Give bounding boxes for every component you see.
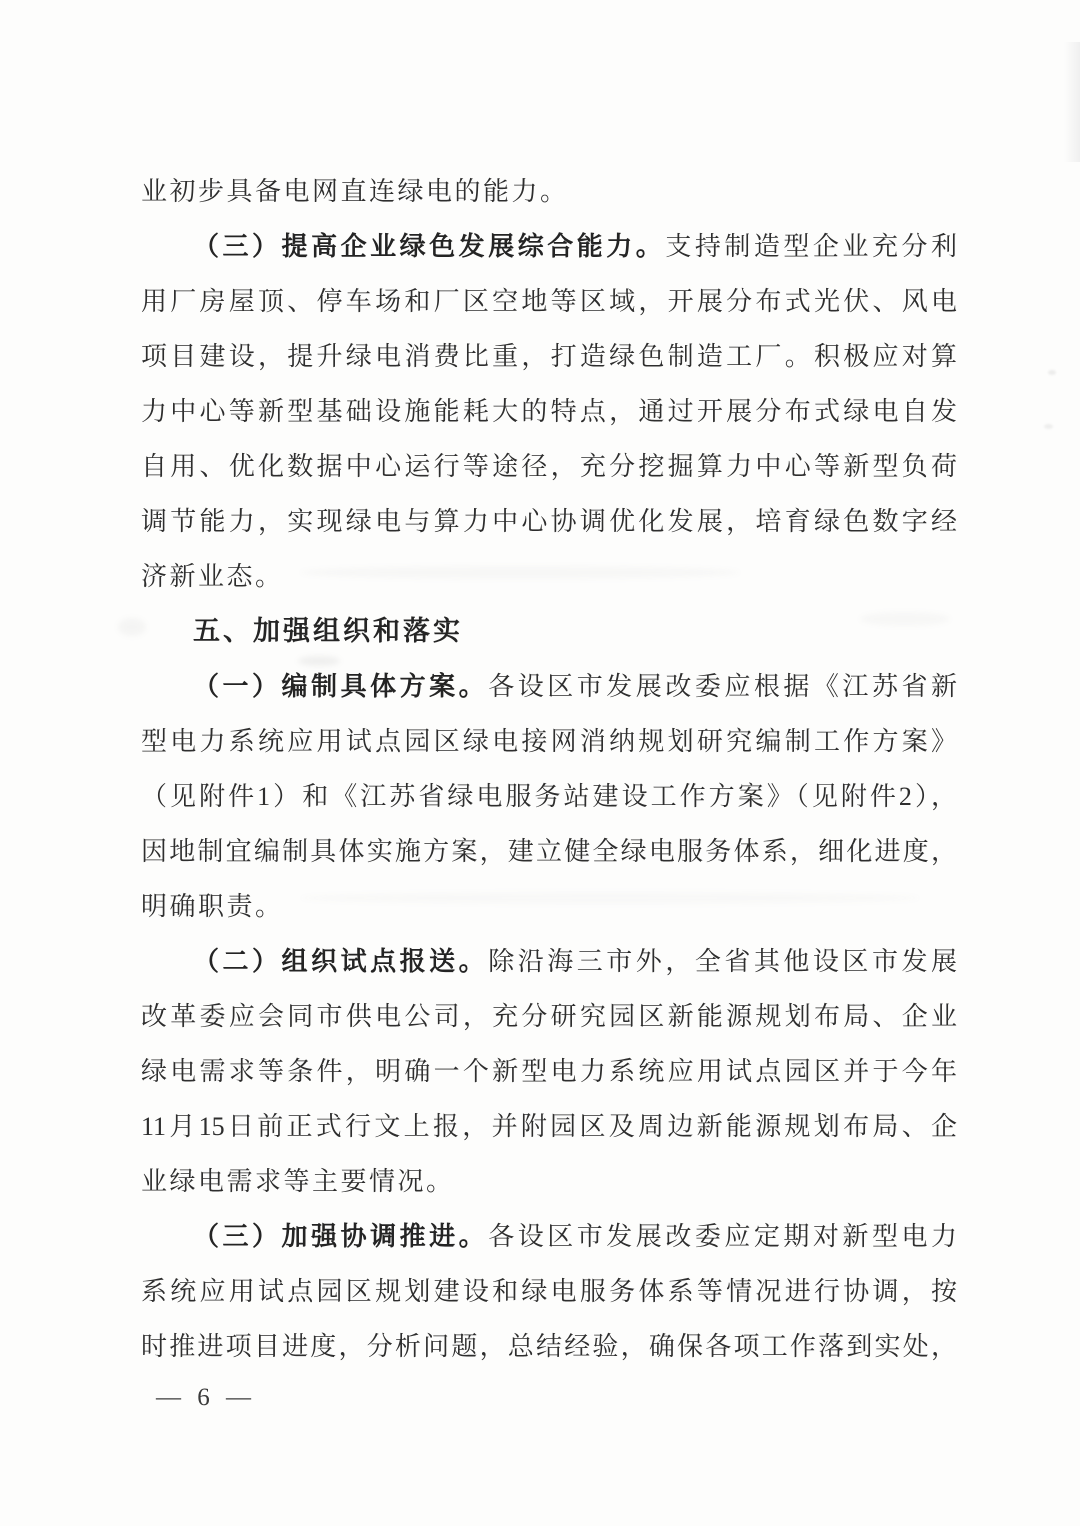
line-text: 型电力系统应用试点园区绿电接网消纳规划研究编制工作方案》 bbox=[141, 727, 957, 756]
line-text: 五、加强组织和落实 bbox=[193, 616, 463, 646]
paragraph-lead: （三）提高企业绿色发展综合能力。 bbox=[193, 232, 665, 261]
line-text: 支持制造型企业充分利 bbox=[665, 232, 957, 261]
scan-smudge bbox=[1048, 370, 1056, 375]
scan-edge-shadow bbox=[1064, 42, 1080, 162]
paragraph-lead: （二）组织试点报送。 bbox=[193, 947, 488, 976]
scan-smudge bbox=[1044, 424, 1053, 429]
text-line: 绿电需求等条件，明确一个新型电力系统应用试点园区并于今年 bbox=[141, 1044, 957, 1099]
line-text: 除沿海三市外，全省其他设区市发展 bbox=[488, 947, 957, 976]
paragraph-lead: （一）编制具体方案。 bbox=[193, 672, 488, 701]
text-line: 11月15日前正式行文上报，并附园区及周边新能源规划布局、企 bbox=[141, 1099, 957, 1154]
text-line: 力中心等新型基础设施能耗大的特点，通过开展分布式绿电自发 bbox=[141, 384, 957, 439]
line-text: 济新业态。 bbox=[141, 562, 284, 591]
line-text: 各设区市发展改委应定期对新型电力 bbox=[488, 1222, 957, 1251]
line-text: （见附件1）和《江苏省绿电服务站建设工作方案》（见附件2）， bbox=[141, 782, 957, 811]
text-line: （一）编制具体方案。各设区市发展改委应根据《江苏省新 bbox=[141, 659, 957, 714]
text-line: 济新业态。 bbox=[141, 549, 957, 604]
text-line: 型电力系统应用试点园区绿电接网消纳规划研究编制工作方案》 bbox=[141, 714, 957, 769]
line-text: 用厂房屋顶、停车场和厂区空地等区域，开展分布式光伏、风电 bbox=[141, 287, 957, 316]
text-line: （二）组织试点报送。除沿海三市外，全省其他设区市发展 bbox=[141, 934, 957, 989]
line-text: 11月15日前正式行文上报，并附园区及周边新能源规划布局、企 bbox=[141, 1112, 957, 1141]
line-text: 力中心等新型基础设施能耗大的特点，通过开展分布式绿电自发 bbox=[141, 397, 957, 426]
text-line: （见附件1）和《江苏省绿电服务站建设工作方案》（见附件2）， bbox=[141, 769, 957, 824]
text-line: （三）提高企业绿色发展综合能力。支持制造型企业充分利 bbox=[141, 219, 957, 274]
line-text: 各设区市发展改委应根据《江苏省新 bbox=[488, 672, 957, 701]
line-text: 自用、优化数据中心运行等途径，充分挖掘算力中心等新型负荷 bbox=[141, 452, 957, 481]
line-text: 明确职责。 bbox=[141, 892, 284, 921]
text-line: 明确职责。 bbox=[141, 879, 957, 934]
line-text: 改革委应会同市供电公司，充分研究园区新能源规划布局、企业 bbox=[141, 1002, 957, 1031]
paragraph-lead: （三）加强协调推进。 bbox=[193, 1222, 488, 1251]
text-line: 系统应用试点园区规划建设和绿电服务体系等情况进行协调，按 bbox=[141, 1264, 957, 1319]
line-text: 绿电需求等条件，明确一个新型电力系统应用试点园区并于今年 bbox=[141, 1057, 957, 1086]
line-text: 因地制宜编制具体实施方案，建立健全绿电服务体系，细化进度， bbox=[141, 837, 957, 866]
text-line: 自用、优化数据中心运行等途径，充分挖掘算力中心等新型负荷 bbox=[141, 439, 957, 494]
text-line: （三）加强协调推进。各设区市发展改委应定期对新型电力 bbox=[141, 1209, 957, 1264]
text-line: 业绿电需求等主要情况。 bbox=[141, 1154, 957, 1209]
line-text: 调节能力，实现绿电与算力中心协调优化发展，培育绿色数字经 bbox=[141, 507, 957, 536]
document-body: 业初步具备电网直连绿电的能力。（三）提高企业绿色发展综合能力。支持制造型企业充分… bbox=[141, 164, 957, 1374]
text-line: 业初步具备电网直连绿电的能力。 bbox=[141, 164, 957, 219]
line-text: 时推进项目进度，分析问题，总结经验，确保各项工作落到实处， bbox=[141, 1332, 957, 1361]
text-line: 调节能力，实现绿电与算力中心协调优化发展，培育绿色数字经 bbox=[141, 494, 957, 549]
section-heading: 五、加强组织和落实 bbox=[141, 604, 957, 659]
line-text: 系统应用试点园区规划建设和绿电服务体系等情况进行协调，按 bbox=[141, 1277, 957, 1306]
text-line: 因地制宜编制具体实施方案，建立健全绿电服务体系，细化进度， bbox=[141, 824, 957, 879]
text-line: 时推进项目进度，分析问题，总结经验，确保各项工作落到实处， bbox=[141, 1319, 957, 1374]
line-text: 业绿电需求等主要情况。 bbox=[141, 1167, 455, 1196]
line-text: 项目建设，提升绿电消费比重，打造绿色制造工厂。积极应对算 bbox=[141, 342, 957, 371]
line-text: 业初步具备电网直连绿电的能力。 bbox=[141, 177, 569, 206]
text-line: 改革委应会同市供电公司，充分研究园区新能源规划布局、企业 bbox=[141, 989, 957, 1044]
document-page: 业初步具备电网直连绿电的能力。（三）提高企业绿色发展综合能力。支持制造型企业充分… bbox=[0, 0, 1080, 1526]
page-number: — 6 — bbox=[156, 1378, 256, 1418]
text-line: 用厂房屋顶、停车场和厂区空地等区域，开展分布式光伏、风电 bbox=[141, 274, 957, 329]
text-line: 项目建设，提升绿电消费比重，打造绿色制造工厂。积极应对算 bbox=[141, 329, 957, 384]
